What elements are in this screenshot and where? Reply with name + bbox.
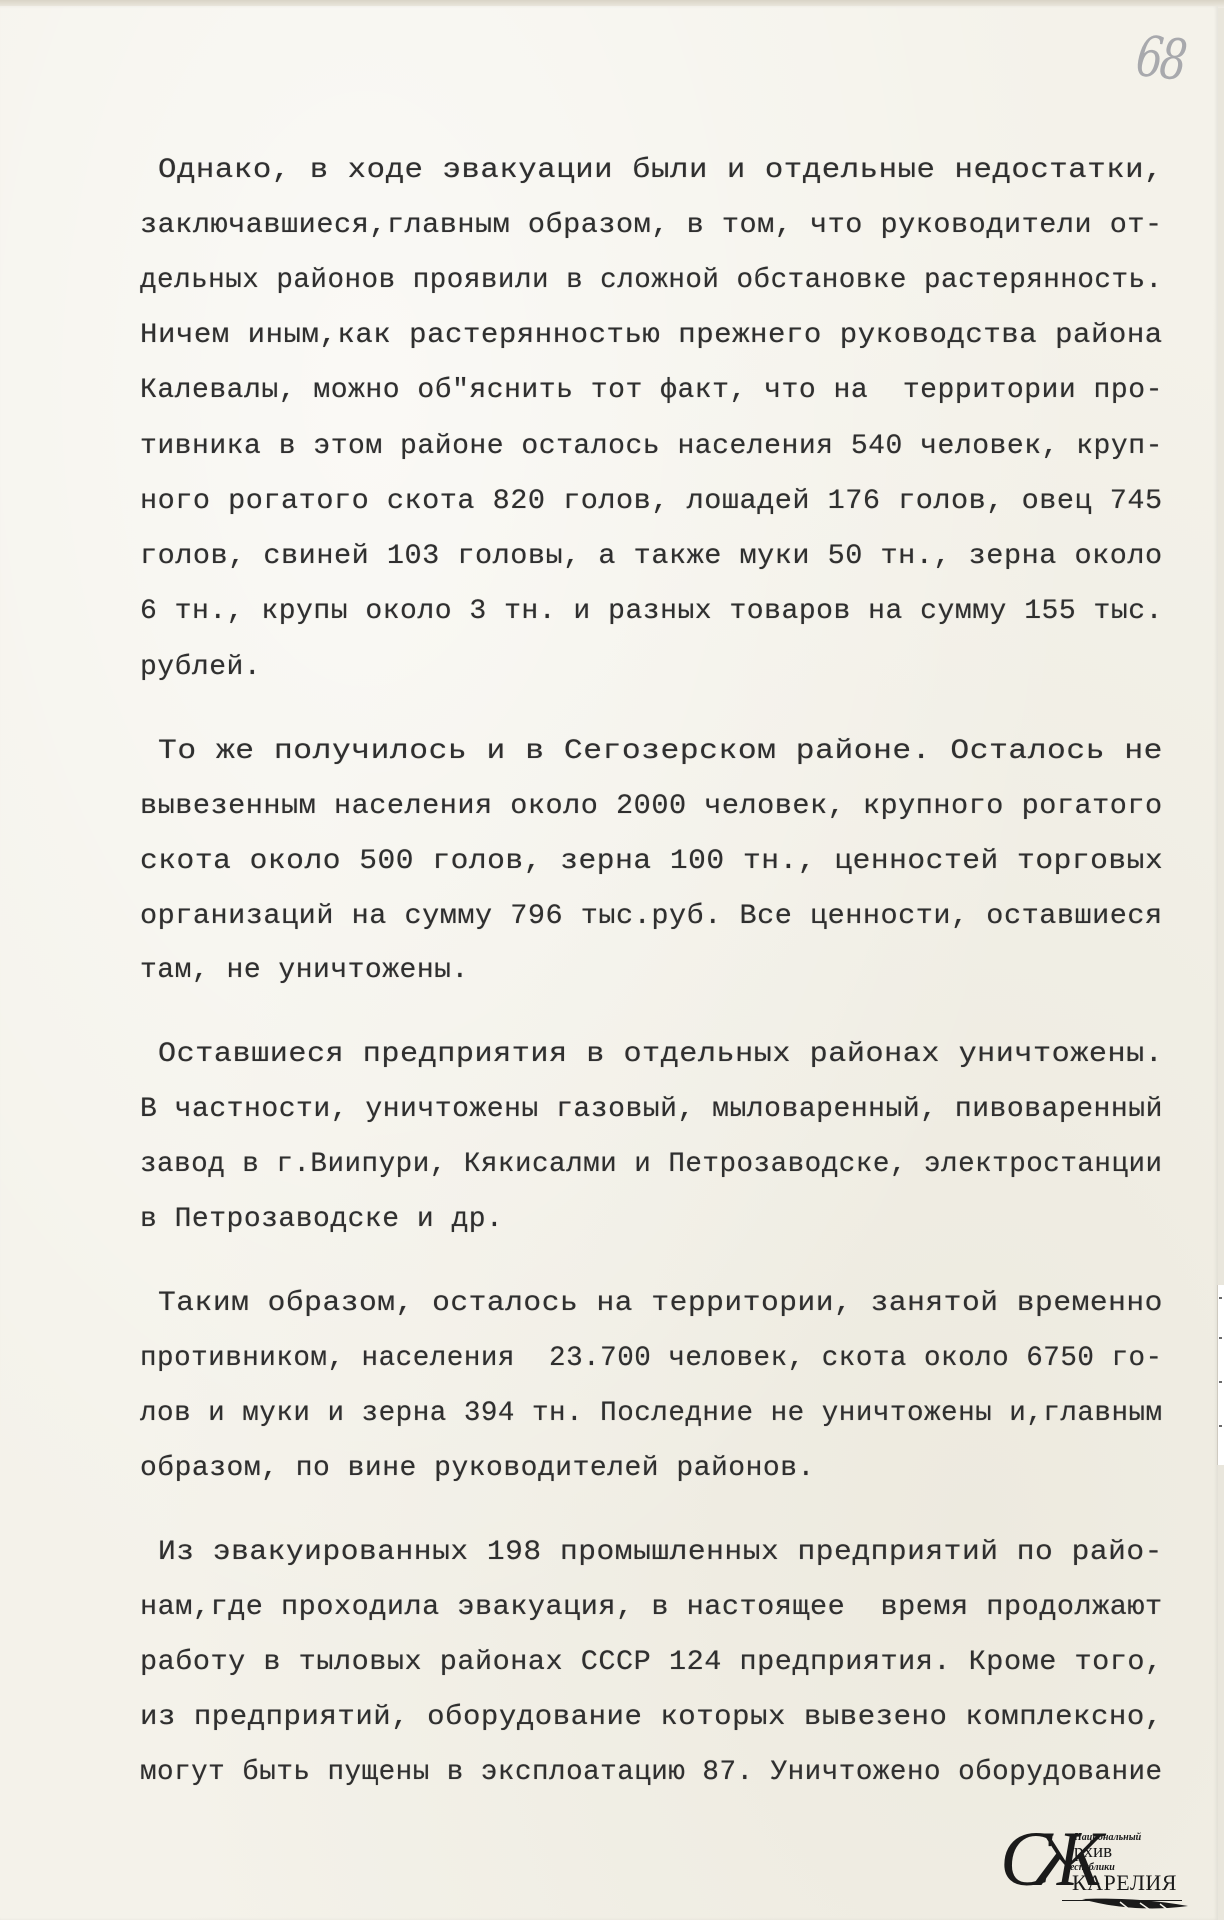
text-line: организаций на сумму 796 тыс.руб. Все це… xyxy=(140,900,1163,934)
text-line: скота около 500 голов, зерна 100 тн., це… xyxy=(140,845,1163,879)
text-line: нам,где проходила эвакуация, в настоящее… xyxy=(140,1591,1163,1625)
document-page: 68 Однако, в ходе эвакуации были и отдел… xyxy=(0,6,1218,1920)
text-line: рублей. xyxy=(140,651,261,685)
text-line: работу в тыловых районах СССР 124 предпр… xyxy=(140,1646,1163,1680)
text-line: дельных районов проявили в сложной обста… xyxy=(140,264,1163,298)
text-line: В частности, уничтожены газовый, мыловар… xyxy=(140,1093,1163,1127)
archive-logo-line4: КАРЕЛИЯ xyxy=(1072,1872,1177,1894)
archive-monogram: СЖ xyxy=(1000,1820,1083,1898)
text-line: в Петрозаводске и др. xyxy=(140,1203,503,1237)
attached-sheet-edge xyxy=(1217,1285,1224,1465)
text-line: лов и муки и зерна 394 тн. Последние не … xyxy=(140,1397,1163,1431)
text-line: Однако, в ходе эвакуации были и отдельны… xyxy=(158,154,1163,188)
text-line: Ничем иным,как растерянностью прежнего р… xyxy=(140,319,1163,353)
text-line: Таким образом, осталось на территории, з… xyxy=(158,1287,1163,1321)
text-line: противником, населения 23.700 человек, с… xyxy=(140,1342,1163,1376)
archive-logo-line2: рхив xyxy=(1074,1842,1112,1861)
text-line: заключавшиеся,главным образом, в том, чт… xyxy=(140,209,1163,243)
text-line: голов, свиней 103 головы, а также муки 5… xyxy=(140,540,1163,574)
text-line: То же получилось и в Сегозерском районе.… xyxy=(158,735,1163,769)
text-line: там, не уничтожены. xyxy=(140,954,469,988)
text-line: могут быть пущены в эксплоатацию 87. Уни… xyxy=(140,1756,1163,1790)
text-line: 6 тн., крупы около 3 тн. и разных товаро… xyxy=(140,595,1163,629)
text-line: завод в г.Виипури, Кякисалми и Петрозаво… xyxy=(140,1148,1163,1182)
text-line: из предприятий, оборудование которых выв… xyxy=(140,1701,1163,1735)
folio-number: 68 xyxy=(1133,24,1187,94)
text-line: ного рогатого скота 820 голов, лошадей 1… xyxy=(140,485,1163,519)
text-line: Из эвакуированных 198 промышленных предп… xyxy=(158,1536,1163,1570)
archive-logo: СЖ Национальный рхив еспублики КАРЕЛИЯ xyxy=(1000,1820,1210,1912)
text-line: тивника в этом районе осталось населения… xyxy=(140,430,1163,464)
text-line: вывезенным населения около 2000 человек,… xyxy=(140,790,1163,824)
text-line: Оставшиеся предприятия в отдельных район… xyxy=(158,1038,1163,1072)
text-line: образом, по вине руководителей районов. xyxy=(140,1452,815,1486)
text-line: Калевалы, можно об"яснить тот факт, что … xyxy=(140,374,1163,408)
quill-feather-icon xyxy=(1080,1896,1190,1912)
